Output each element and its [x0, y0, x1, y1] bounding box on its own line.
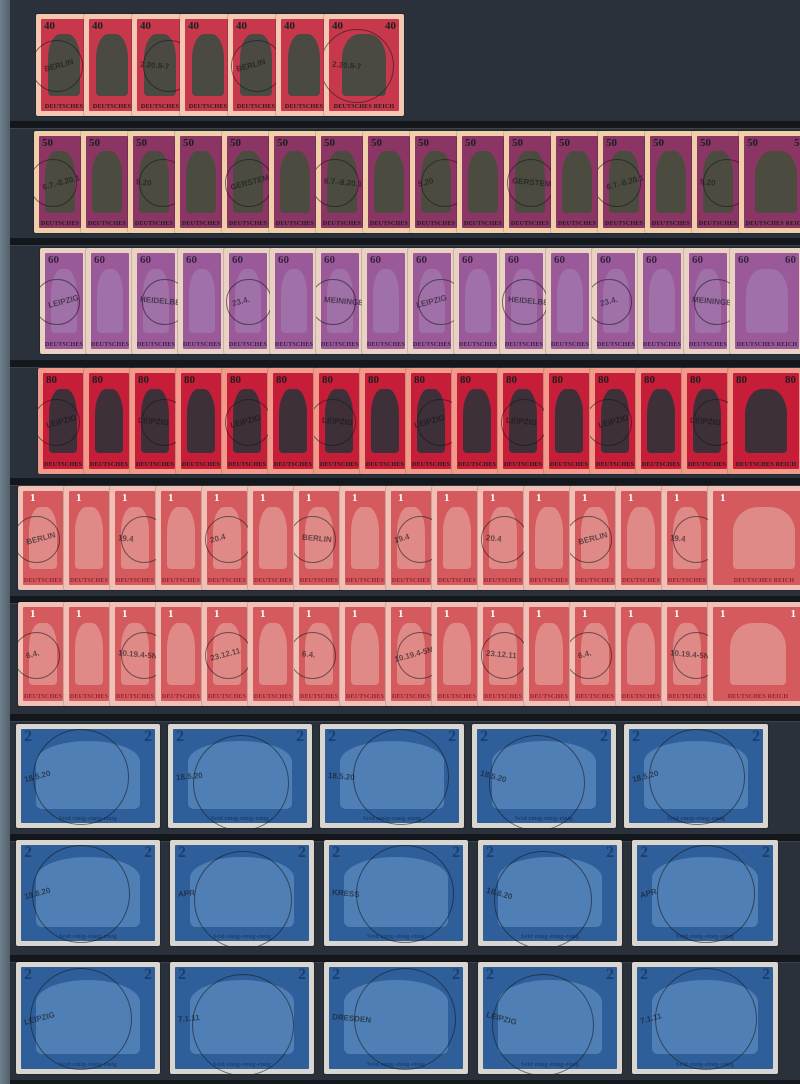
country-inscription: DEUTSCHES — [40, 342, 88, 348]
row-2mk-a: 22Seid einig-einig-einig18.5.2022Seid ei… — [16, 724, 768, 828]
postmark-text: 5.20 — [700, 177, 716, 187]
stamp[interactable]: 50DEUTSCHES — [175, 131, 227, 233]
denomination-label: 2 — [176, 728, 184, 746]
stamp[interactable]: 1DEUTSCHES — [432, 486, 482, 590]
denomination-label: 80 — [230, 374, 241, 386]
stamp[interactable]: 1DEUTSCHES10.19.4-5N — [386, 602, 436, 706]
denomination-label: 1 — [670, 608, 684, 620]
stamp[interactable]: 80DEUTSCHES — [84, 368, 134, 474]
country-inscription: DEUTSCHES — [156, 694, 206, 700]
country-inscription: DEUTSCHES — [592, 342, 640, 348]
denomination-label: 2 — [328, 728, 336, 746]
stamp[interactable]: 22Seid einig-einig-einig18.8.20 — [16, 840, 160, 946]
country-inscription: DEUTSCHES — [638, 342, 686, 348]
denomination-label: 80 — [276, 374, 287, 386]
country-inscription: DEUTSCHES — [616, 578, 666, 584]
stamp[interactable]: 60DEUTSCHESHEIDELBERG — [132, 248, 180, 354]
stamp[interactable]: 80DEUTSCHES — [544, 368, 594, 474]
stamp[interactable]: 50DEUTSCHES — [363, 131, 415, 233]
country-inscription: DEUTSCHES — [340, 578, 390, 584]
country-inscription: DEUTSCHES — [524, 578, 574, 584]
row-2mk-b: 22Seid einig-einig-einig18.8.2022Seid ei… — [16, 840, 778, 946]
country-inscription: DEUTSCHES REICH — [708, 578, 800, 584]
country-inscription: DEUTSCHES — [248, 694, 298, 700]
denomination-label: 2 — [296, 728, 304, 746]
stamp-vignette — [730, 623, 786, 685]
motto-inscription: Seid einig-einig-einig — [16, 1062, 160, 1068]
country-inscription: DEUTSCHES REICH — [324, 104, 404, 110]
stamp[interactable]: 1DEUTSCHESBERLIN — [570, 486, 620, 590]
denomination-label: 1 — [486, 492, 500, 504]
denomination-label: 2 — [178, 966, 186, 984]
denomination-label: 1 — [72, 492, 86, 504]
country-inscription: DEUTSCHES — [176, 462, 226, 468]
country-inscription: DEUTSCHES — [156, 578, 206, 584]
stamp[interactable]: 1DEUTSCHES — [524, 602, 574, 706]
country-inscription: DEUTSCHES — [316, 342, 364, 348]
country-inscription: DEUTSCHES — [645, 221, 697, 227]
country-inscription: DEUTSCHES — [598, 221, 650, 227]
denomination-label: 2 — [452, 844, 460, 862]
stamp[interactable]: 50DEUTSCHESGERSTEM — [222, 131, 274, 233]
stamp[interactable]: 22Seid einig-einig-einig18.8.20 — [478, 840, 622, 946]
country-inscription: DEUTSCHES — [202, 578, 252, 584]
stamp[interactable]: 22Seid einig-einig-einigAPR — [632, 840, 778, 946]
country-inscription: DEUTSCHES — [498, 462, 548, 468]
stamp[interactable]: 50DEUTSCHES6.7.-8.20.1 — [316, 131, 368, 233]
country-inscription: DEUTSCHES — [84, 462, 134, 468]
stamp[interactable]: 60DEUTSCHES — [178, 248, 226, 354]
stamp[interactable]: 50DEUTSCHES5.20 — [410, 131, 462, 233]
stamp[interactable]: 1DEUTSCHES — [616, 486, 666, 590]
country-inscription: DEUTSCHES — [570, 694, 620, 700]
denomination-label: 60 — [278, 254, 289, 266]
strip-rail — [10, 121, 800, 128]
row-50pf: 50DEUTSCHES6.7.-8.20.150DEUTSCHES50DEUTS… — [34, 131, 800, 233]
country-inscription: DEUTSCHES — [544, 462, 594, 468]
country-inscription: DEUTSCHES — [202, 694, 252, 700]
country-inscription: DEUTSCHES — [110, 578, 160, 584]
denomination-label: 2 — [486, 844, 494, 862]
denomination-label: 50 — [418, 137, 429, 149]
denomination-label: 1 — [670, 492, 684, 504]
stamp[interactable]: 60DEUTSCHES — [546, 248, 594, 354]
stamp[interactable]: 80DEUTSCHESLEIPZIG — [314, 368, 364, 474]
denomination-label: 1 — [302, 608, 316, 620]
stamp-vignette — [555, 389, 583, 453]
stamp[interactable]: 1DEUTSCHES — [64, 602, 114, 706]
denomination-label: 1 — [210, 608, 224, 620]
stamp-vignette — [167, 623, 195, 685]
stamp-vignette — [75, 507, 103, 569]
stamp[interactable]: 50DEUTSCHES — [81, 131, 133, 233]
denomination-label: 2 — [486, 966, 494, 984]
denomination-label: 2 — [298, 844, 306, 862]
denomination-label: 50 — [183, 137, 194, 149]
country-inscription: DEUTSCHES — [386, 578, 436, 584]
denomination-label: 60 — [785, 254, 796, 266]
stamp-vignette — [188, 741, 292, 810]
stamp[interactable]: 50DEUTSCHES5.20 — [692, 131, 744, 233]
motto-inscription: Seid einig-einig-einig — [632, 1062, 778, 1068]
denomination-label: 2 — [24, 966, 32, 984]
stamp[interactable]: 60DEUTSCHES — [362, 248, 410, 354]
country-inscription: DEUTSCHES — [452, 462, 502, 468]
denomination-label: 40 — [188, 20, 199, 32]
stamp[interactable]: 50DEUTSCHES6.7.-8.20.1 — [34, 131, 86, 233]
denomination-label: 50 — [606, 137, 617, 149]
denomination-label: 1 — [440, 608, 454, 620]
stamp[interactable]: 60DEUTSCHES — [454, 248, 502, 354]
denomination-label: 60 — [600, 254, 611, 266]
denomination-label: 80 — [690, 374, 701, 386]
stamp[interactable]: 80DEUTSCHES — [268, 368, 318, 474]
stamp-vignette — [340, 741, 444, 810]
stamp-vignette — [192, 34, 223, 95]
denomination-label: 2 — [178, 844, 186, 862]
denomination-label: 2 — [606, 844, 614, 862]
stamp[interactable]: 80DEUTSCHES — [176, 368, 226, 474]
denomination-label: 1 — [210, 492, 224, 504]
stamp-vignette — [75, 623, 103, 685]
country-inscription: DEUTSCHES — [478, 694, 528, 700]
stamp[interactable]: 1DEUTSCHES10.19.4-5N — [110, 602, 160, 706]
country-inscription: DEUTSCHES — [314, 462, 364, 468]
country-inscription: DEUTSCHES — [128, 221, 180, 227]
stamp[interactable]: 1DEUTSCHES19.4 — [386, 486, 436, 590]
stamp[interactable]: 22Seid einig-einig-einig18.5.20 — [168, 724, 312, 828]
denomination-label: 40 — [44, 20, 55, 32]
stamp[interactable]: 22Seid einig-einig-einigLEIPZIG — [478, 962, 622, 1074]
denomination-label: 80 — [414, 374, 425, 386]
country-inscription: DEUTSCHES — [408, 342, 456, 348]
denomination-label: 60 — [48, 254, 59, 266]
stamp-vignette — [652, 980, 757, 1054]
stamp[interactable]: 11DEUTSCHES REICH — [708, 486, 800, 590]
stamp-vignette — [96, 34, 127, 95]
denomination-label: 2 — [24, 728, 32, 746]
country-inscription: DEUTSCHES — [570, 578, 620, 584]
denomination-label: 1 — [118, 492, 132, 504]
stamp[interactable]: 60DEUTSCHESHEIDELBERG — [500, 248, 548, 354]
denomination-label: 2 — [298, 966, 306, 984]
stamp[interactable]: 1DEUTSCHES — [432, 602, 482, 706]
stamp[interactable]: 1DEUTSCHES — [524, 486, 574, 590]
stamp[interactable]: 22Seid einig-einig-einig18.5.20 — [16, 724, 160, 828]
denomination-label: 1 — [532, 608, 546, 620]
denomination-label: 60 — [508, 254, 519, 266]
country-inscription: DEUTSCHES — [546, 342, 594, 348]
denomination-label: 2 — [640, 966, 648, 984]
country-inscription: DEUTSCHES — [316, 221, 368, 227]
stamp[interactable]: 22Seid einig-einig-einigAPR — [170, 840, 314, 946]
stamp-vignette — [647, 389, 675, 453]
denomination-label: 80 — [644, 374, 655, 386]
stamp[interactable]: 1DEUTSCHES — [156, 602, 206, 706]
stamp-vignette — [167, 507, 195, 569]
denomination-label: 50 — [42, 137, 53, 149]
denomination-label: 1 — [624, 608, 638, 620]
stamp-vignette — [36, 857, 140, 927]
stamp[interactable]: 80DEUTSCHESLEIPZIG — [590, 368, 640, 474]
stamp[interactable]: 22Seid einig-einig-einig7.1.11 — [170, 962, 314, 1074]
stamp-vignette — [371, 389, 399, 453]
stamp[interactable]: 1DEUTSCHES20.4 — [478, 486, 528, 590]
stamp[interactable]: 22Seid einig-einig-einig18.5.20 — [320, 724, 464, 828]
strip-rail — [10, 955, 800, 962]
denomination-label: 60 — [370, 254, 381, 266]
stamp-vignette — [535, 623, 563, 685]
stamp-vignette — [374, 151, 403, 212]
denomination-label: 1 — [394, 608, 408, 620]
country-inscription: DEUTSCHES — [524, 694, 574, 700]
denomination-label: 60 — [738, 254, 749, 266]
stamp[interactable]: 60DEUTSCHES23.4. — [224, 248, 272, 354]
stamp-vignette — [351, 623, 379, 685]
stamp[interactable]: 1DEUTSCHES — [248, 602, 298, 706]
stamp[interactable]: 80DEUTSCHESLEIPZIG — [130, 368, 180, 474]
postmark-text: APR — [178, 888, 196, 898]
denomination-label: 2 — [480, 728, 488, 746]
stamp-vignette — [288, 34, 319, 95]
stamp[interactable]: 22Seid einig-einig-einigDRESDEN — [324, 962, 468, 1074]
denomination-label: 2 — [752, 728, 760, 746]
country-inscription: DEUTSCHES — [362, 342, 410, 348]
denomination-label: 2 — [640, 844, 648, 862]
stamp[interactable]: 5050DEUTSCHES REICH — [739, 131, 800, 233]
stamp-vignette — [627, 623, 655, 685]
stamp[interactable]: 22Seid einig-einig-einig7.1.11 — [632, 962, 778, 1074]
country-inscription: DEUTSCHES — [132, 342, 180, 348]
country-inscription: DEUTSCHES — [504, 221, 556, 227]
stamp[interactable]: 1DEUTSCHES23.12.11 — [478, 602, 528, 706]
country-inscription: DEUTSCHES — [178, 342, 226, 348]
stamp[interactable]: 50DEUTSCHESGERSTEM — [504, 131, 556, 233]
denomination-label: 80 — [552, 374, 563, 386]
strip-rail — [10, 714, 800, 721]
denomination-label: 2 — [600, 728, 608, 746]
row-2mk-c: 22Seid einig-einig-einigLEIPZIG22Seid ei… — [16, 962, 778, 1074]
country-inscription: DEUTSCHES — [268, 462, 318, 468]
stamp[interactable]: 80DEUTSCHESLEIPZIG — [682, 368, 732, 474]
stamp[interactable]: 60DEUTSCHESMEININGEN — [316, 248, 364, 354]
stamp[interactable]: 1DEUTSCHES — [616, 602, 666, 706]
country-inscription: DEUTSCHES — [454, 342, 502, 348]
denomination-label: 60 — [646, 254, 657, 266]
stamp-vignette — [627, 507, 655, 569]
country-inscription: DEUTSCHES — [110, 694, 160, 700]
country-inscription: DEUTSCHES — [684, 342, 732, 348]
stamp[interactable]: 22Seid einig-einig-einig18.5.20 — [624, 724, 768, 828]
stamp[interactable]: 50DEUTSCHES6.7.-8.20.1 — [598, 131, 650, 233]
stamp[interactable]: 22Seid einig-einig-einigKRESS — [324, 840, 468, 946]
country-inscription: DEUTSCHES — [81, 221, 133, 227]
motto-inscription: Seid einig-einig-einig — [16, 816, 160, 822]
motto-inscription: Seid einig-einig-einig — [320, 816, 464, 822]
denomination-label: 2 — [144, 844, 152, 862]
denomination-label: 1 — [302, 492, 316, 504]
stamp[interactable]: 80DEUTSCHES — [360, 368, 410, 474]
stamp[interactable]: 1DEUTSCHES — [156, 486, 206, 590]
denomination-label: 80 — [598, 374, 609, 386]
stamp[interactable]: 50DEUTSCHES — [457, 131, 509, 233]
denomination-label: 1 — [394, 492, 408, 504]
country-inscription: DEUTSCHES — [175, 221, 227, 227]
country-inscription: DEUTSCHES — [340, 694, 390, 700]
stamp-vignette — [186, 151, 215, 212]
stamp[interactable]: 50DEUTSCHES — [269, 131, 321, 233]
country-inscription: DEUTSCHES — [682, 462, 732, 468]
stamp[interactable]: 1DEUTSCHES19.4 — [110, 486, 160, 590]
country-inscription: DEUTSCHES — [478, 578, 528, 584]
denomination-label: 2 — [332, 844, 340, 862]
stamp[interactable]: 1DEUTSCHESBERLIN — [294, 486, 344, 590]
country-inscription: DEUTSCHES — [34, 221, 86, 227]
stamp[interactable]: 22Seid einig-einig-einigLEIPZIG — [16, 962, 160, 1074]
row-80pf: 80DEUTSCHESLEIPZIG80DEUTSCHES80DEUTSCHES… — [38, 368, 800, 474]
stamp[interactable]: 1DEUTSCHES — [340, 486, 390, 590]
country-inscription: DEUTSCHES — [294, 694, 344, 700]
row-1mk-b: 1DEUTSCHES6.4.1DEUTSCHES1DEUTSCHES10.19.… — [18, 602, 800, 706]
stamp-vignette — [259, 507, 287, 569]
denomination-label: 2 — [144, 966, 152, 984]
country-inscription: DEUTSCHES — [294, 578, 344, 584]
denomination-label: 50 — [747, 137, 758, 149]
motto-inscription: Seid einig-einig-einig — [624, 816, 768, 822]
stamp[interactable]: 80DEUTSCHESLEIPZIG — [222, 368, 272, 474]
stamp[interactable]: 1DEUTSCHES19.4 — [662, 486, 712, 590]
stamp[interactable]: 80DEUTSCHES — [452, 368, 502, 474]
stamp-vignette — [443, 623, 471, 685]
stamp[interactable]: 1DEUTSCHES10.19.4-5N — [662, 602, 712, 706]
stamp[interactable]: 60DEUTSCHES — [638, 248, 686, 354]
stamp[interactable]: 1DEUTSCHES23.12.11 — [202, 602, 252, 706]
stamp[interactable]: 80DEUTSCHESLEIPZIG — [38, 368, 88, 474]
stamp[interactable]: 1DEUTSCHES — [248, 486, 298, 590]
denomination-label: 50 — [700, 137, 711, 149]
stamp[interactable]: 50DEUTSCHES — [551, 131, 603, 233]
denomination-label: 50 — [465, 137, 476, 149]
denomination-label: 50 — [324, 137, 335, 149]
stamp[interactable]: 1DEUTSCHES — [64, 486, 114, 590]
stamp-vignette — [755, 151, 796, 212]
album-page-edge — [0, 0, 10, 1084]
stamp[interactable]: 6060DEUTSCHES REICH — [730, 248, 800, 354]
stamp[interactable]: 80DEUTSCHESLEIPZIG — [406, 368, 456, 474]
country-inscription: DEUTSCHES — [590, 462, 640, 468]
stamp-vignette — [95, 389, 123, 453]
motto-inscription: Seid einig-einig-einig — [324, 934, 468, 940]
stamp[interactable]: 1DEUTSCHES6.4. — [570, 602, 620, 706]
country-inscription: DEUTSCHES REICH — [730, 342, 800, 348]
denomination-label: 2 — [332, 966, 340, 984]
motto-inscription: Seid einig-einig-einig — [632, 934, 778, 940]
stamp[interactable]: 60DEUTSCHES23.4. — [592, 248, 640, 354]
stamp[interactable]: 1DEUTSCHES — [340, 602, 390, 706]
stamp[interactable]: 80DEUTSCHES — [636, 368, 686, 474]
denomination-label: 80 — [138, 374, 149, 386]
country-inscription: DEUTSCHES — [616, 694, 666, 700]
denomination-label: 60 — [462, 254, 473, 266]
country-inscription: DEUTSCHES — [360, 462, 410, 468]
stamp[interactable]: 8080DEUTSCHES REICH — [728, 368, 800, 474]
country-inscription: DEUTSCHES — [662, 694, 712, 700]
strip-rail — [10, 238, 800, 245]
country-inscription: DEUTSCHES — [86, 342, 134, 348]
country-inscription: DEUTSCHES — [222, 221, 274, 227]
stamp-vignette — [745, 389, 788, 453]
stamp[interactable]: 60DEUTSCHESMEININGEN — [684, 248, 732, 354]
stamp-vignette — [281, 269, 308, 333]
stamp[interactable]: 60DEUTSCHES — [270, 248, 318, 354]
denomination-label: 2 — [762, 844, 770, 862]
stamp-vignette — [465, 269, 492, 333]
denomination-label: 60 — [94, 254, 105, 266]
denomination-label: 1 — [256, 608, 270, 620]
stamp-vignette — [280, 151, 309, 212]
postmark-text: 6.4. — [302, 649, 316, 659]
denomination-label: 40 — [140, 20, 151, 32]
denomination-label: 50 — [230, 137, 241, 149]
denomination-label: 80 — [506, 374, 517, 386]
stamp[interactable]: 22Seid einig-einig-einig18.5.20 — [472, 724, 616, 828]
country-inscription: DEUTSCHES — [269, 221, 321, 227]
stamp[interactable]: 80DEUTSCHESLEIPZIG — [498, 368, 548, 474]
postmark-text: 7.1.11 — [178, 1013, 201, 1024]
stamp-vignette — [373, 269, 400, 333]
stamp-vignette — [187, 389, 215, 453]
row-40pf: 40DEUTSCHESBERLIN40DEUTSCHES40DEUTSCHES2… — [36, 14, 404, 116]
stamp[interactable]: 11DEUTSCHES REICH — [708, 602, 800, 706]
stamp[interactable]: 1DEUTSCHES6.4. — [294, 602, 344, 706]
stamp[interactable]: 1DEUTSCHES6.4. — [18, 602, 68, 706]
strip-rail — [10, 1080, 800, 1084]
denomination-label: 1 — [440, 492, 454, 504]
stamp[interactable]: 60DEUTSCHES — [86, 248, 134, 354]
country-inscription: DEUTSCHES — [363, 221, 415, 227]
denomination-label: 1 — [118, 608, 132, 620]
denomination-label: 80 — [785, 374, 796, 386]
motto-inscription: Seid einig-einig-einig — [324, 1062, 468, 1068]
stamp[interactable]: 60DEUTSCHESLEIPZIG — [408, 248, 456, 354]
stamp-vignette — [463, 389, 491, 453]
denomination-label: 50 — [794, 137, 800, 149]
country-inscription: DEUTSCHES — [224, 342, 272, 348]
postmark-text: 19.4 — [118, 533, 134, 543]
denomination-label: 1 — [716, 608, 730, 620]
stamp[interactable]: 60DEUTSCHESLEIPZIG — [40, 248, 88, 354]
denomination-label: 2 — [452, 966, 460, 984]
denomination-label: 60 — [232, 254, 243, 266]
stamp[interactable]: 1DEUTSCHESBERLIN — [18, 486, 68, 590]
stamp[interactable]: 50DEUTSCHES5.20 — [128, 131, 180, 233]
stamp-vignette — [259, 623, 287, 685]
denomination-label: 50 — [512, 137, 523, 149]
stamp[interactable]: 50DEUTSCHES — [645, 131, 697, 233]
denomination-label: 1 — [578, 608, 592, 620]
denomination-label: 1 — [716, 492, 730, 504]
denomination-label: 50 — [136, 137, 147, 149]
denomination-label: 80 — [184, 374, 195, 386]
stamp[interactable]: 4040DEUTSCHES REICH2.20.8-7 — [324, 14, 404, 116]
stamp[interactable]: 1DEUTSCHES20.4 — [202, 486, 252, 590]
stamp-vignette — [562, 151, 591, 212]
country-inscription: DEUTSCHES — [406, 462, 456, 468]
country-inscription: DEUTSCHES — [432, 578, 482, 584]
denomination-label: 60 — [416, 254, 427, 266]
stamp-vignette — [733, 507, 796, 569]
row-60pf: 60DEUTSCHESLEIPZIG60DEUTSCHES60DEUTSCHES… — [40, 248, 800, 354]
